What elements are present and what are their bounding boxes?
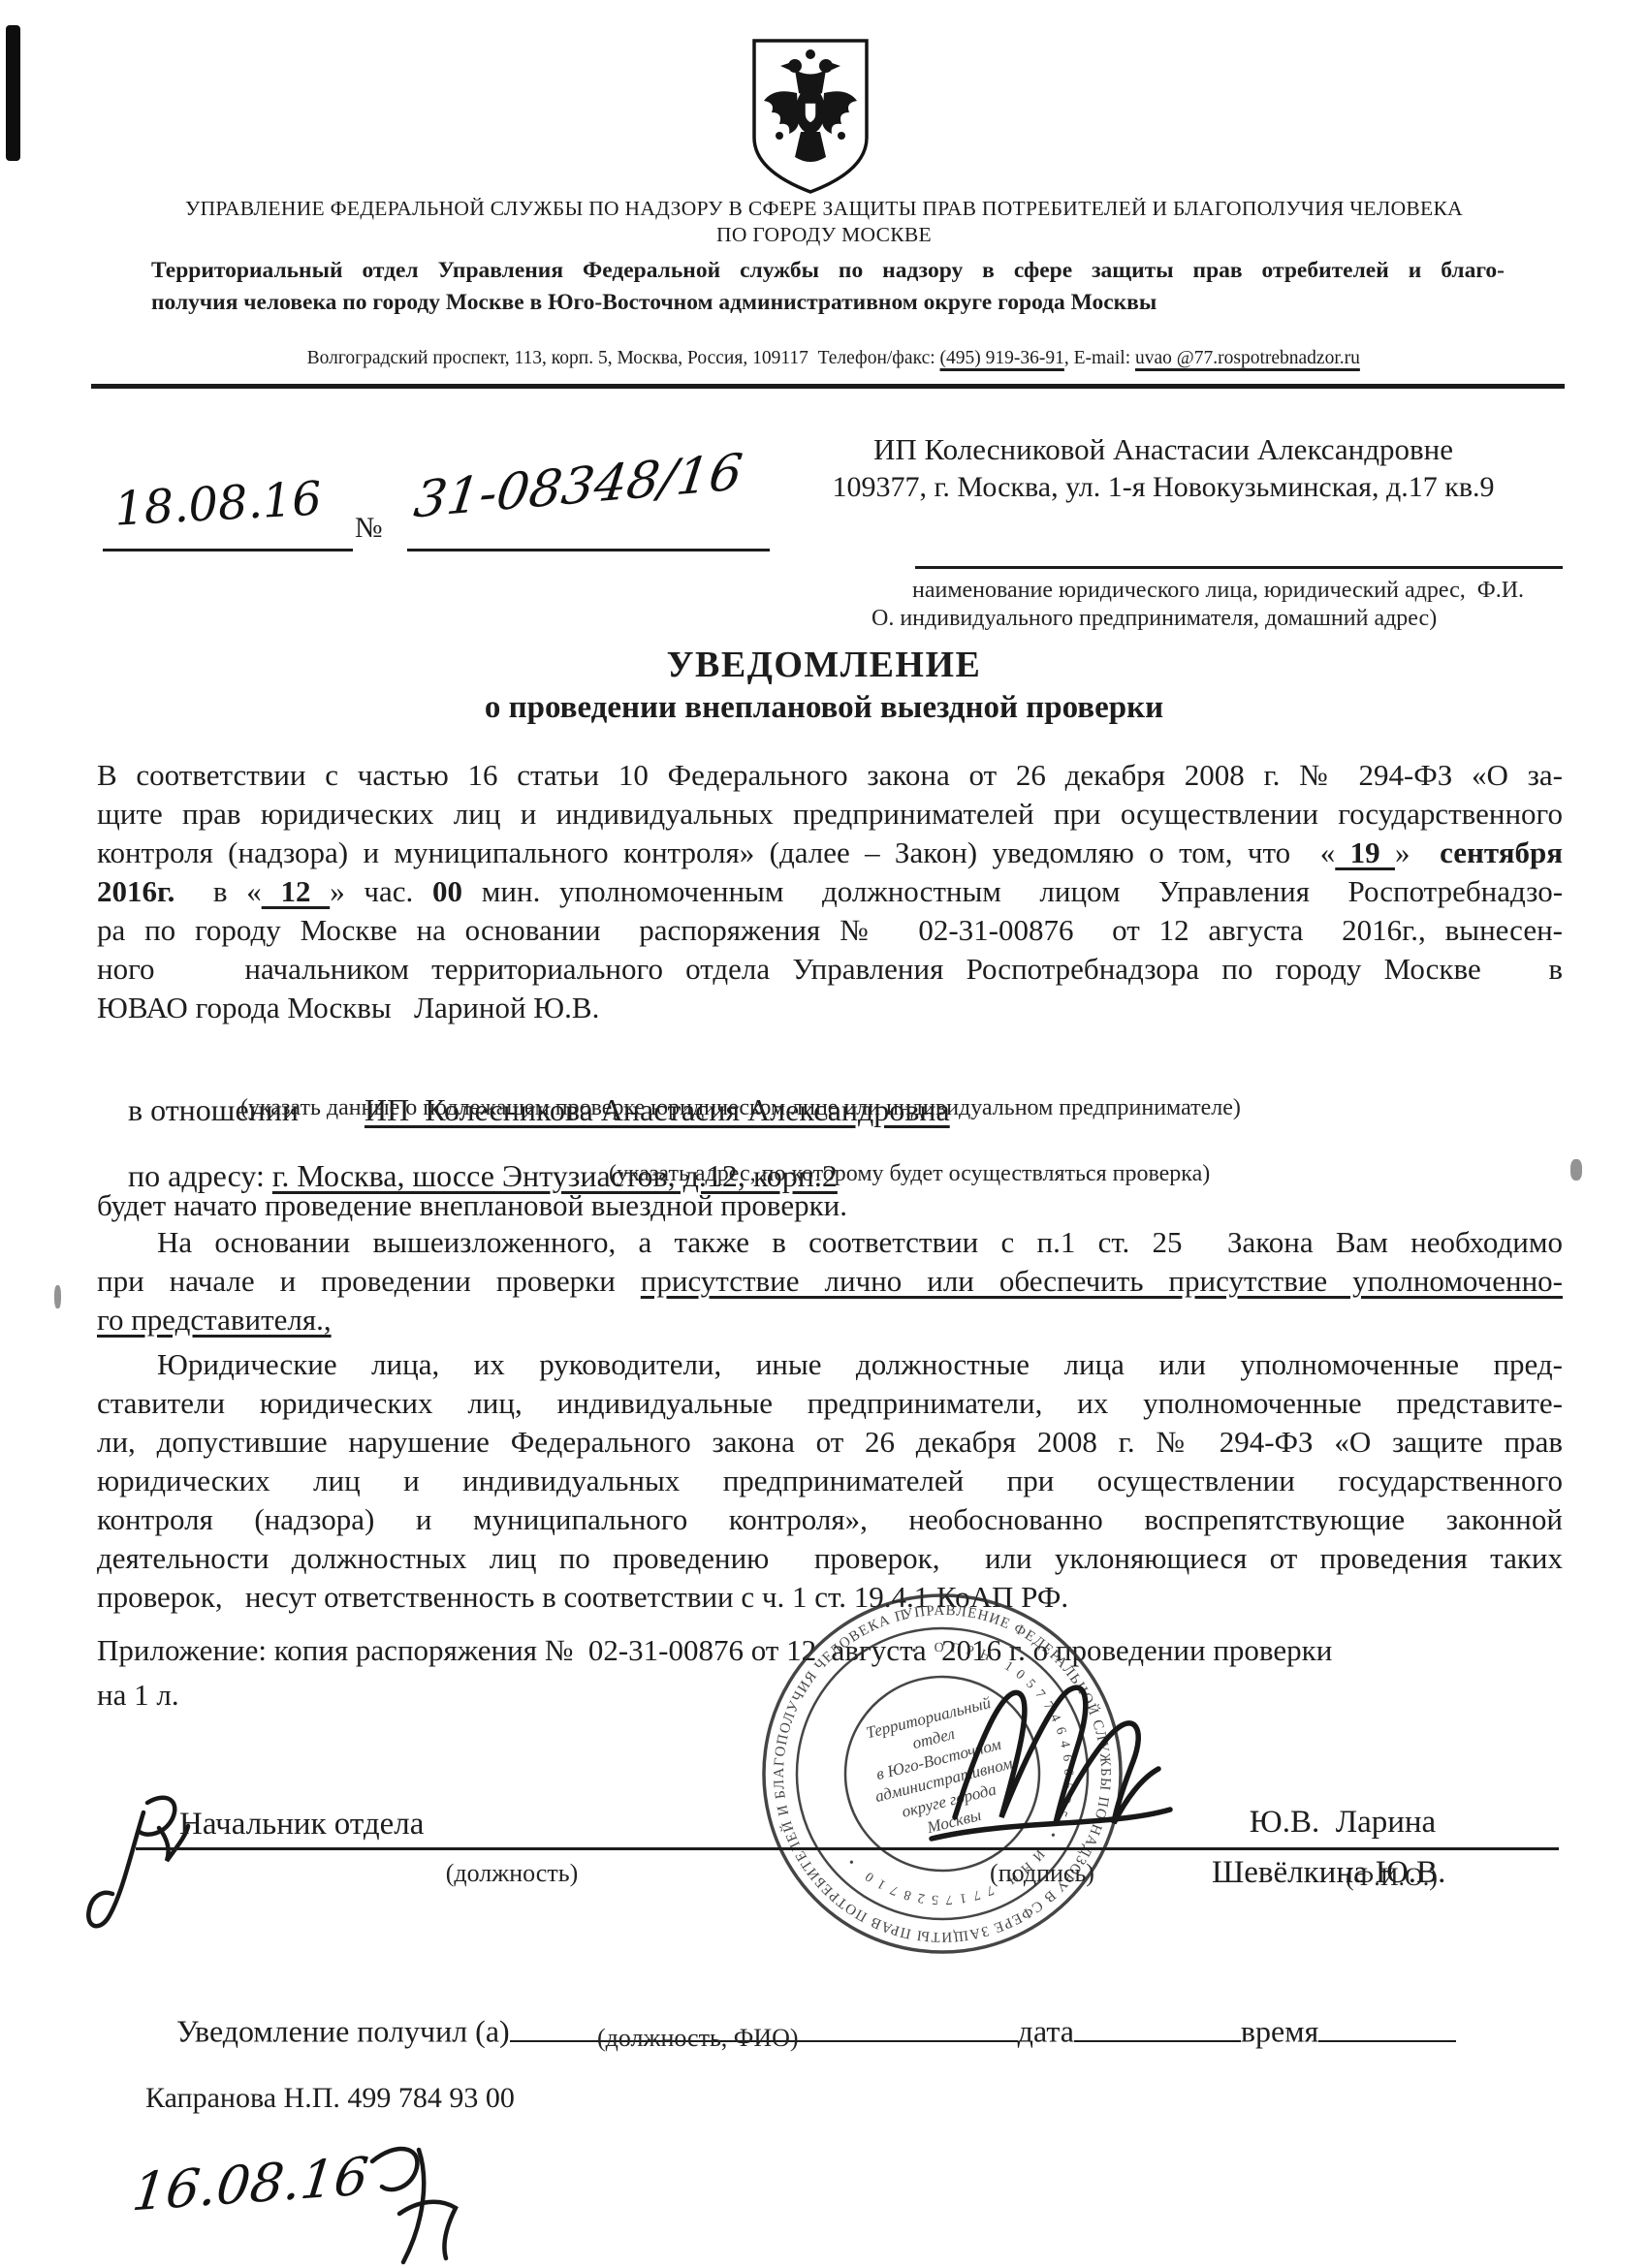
recipient-underline: [915, 566, 1563, 569]
scan-artifact: [54, 1285, 61, 1308]
signer-name: Ю.В. Ларина: [1197, 1805, 1488, 1841]
document-page: УПРАВЛЕНИЕ ФЕДЕРАЛЬНОЙ СЛУЖБЫ ПО НАДЗОРУ…: [0, 0, 1648, 2268]
recipient-name: ИП Колесниковой Анастасии Александровне: [766, 430, 1561, 468]
position-caption: (должность): [366, 1859, 657, 1888]
text-line: щите прав юридических лиц и индивидуальн…: [97, 795, 1563, 834]
signer-position: Начальник отдела: [179, 1807, 424, 1843]
receipt-row: Уведомление получил (а)датавремя: [145, 1973, 1456, 2086]
org-name-line1: УПРАВЛЕНИЕ ФЕДЕРАЛЬНОЙ СЛУЖБЫ ПО НАДЗОРУ…: [0, 196, 1648, 222]
org-name-line2: ПО ГОРОДУ МОСКВЕ: [0, 222, 1648, 248]
phone-number: (495) 919-36-91: [940, 348, 1064, 368]
text-line: при начале и проведении проверки присутс…: [97, 1262, 1563, 1301]
subject-caption: (указать данные о подлежащем проверке юр…: [240, 1095, 1241, 1121]
sign-caption: (подпись): [950, 1859, 1134, 1888]
text-line: контроля (надзора) и муниципального конт…: [97, 1500, 1563, 1539]
handwritten-date-bottom: 16.08.16: [129, 2146, 371, 2223]
reference-number-line: [407, 549, 770, 551]
paragraph-intro: В соответствии с частью 16 статьи 10 Фед…: [97, 756, 1563, 1027]
doc-title: УВЕДОМЛЕНИЕ: [0, 644, 1648, 686]
text-line: контроля (надзора) и муниципального конт…: [97, 834, 1563, 872]
org-name: УПРАВЛЕНИЕ ФЕДЕРАЛЬНОЙ СЛУЖБЫ ПО НАДЗОРУ…: [0, 196, 1648, 248]
signer-name-overlap-stamp: Шевёлкина Ю.В.: [1212, 1855, 1445, 1891]
flourish-scribble: [345, 2119, 491, 2268]
text-line: 2016г. в « 12 » час. 00 мин. уполномочен…: [97, 872, 1563, 911]
receipt-label: Уведомление получил (а): [176, 2014, 510, 2049]
receipt-time-blank: [1318, 2009, 1456, 2042]
signature-line: [136, 1847, 1559, 1850]
email-address: uvao @77.rospotrebnadzor.ru: [1135, 348, 1360, 368]
text-line: На основании вышеизложенного, а также в …: [97, 1223, 1563, 1262]
reference-number-handwritten: 31-08348/16: [411, 444, 745, 530]
text-line: юридических лиц и индивидуальных предпри…: [97, 1462, 1563, 1500]
dept-name: Территориальный отдел Управления Федерал…: [151, 255, 1505, 319]
text-line: Юридические лица, их руководители, иные …: [97, 1345, 1563, 1384]
scan-artifact: [6, 25, 20, 161]
letterhead-address: Волгоградский проспект, 113, корп. 5, Мо…: [307, 348, 940, 368]
recipient-block: ИП Колесниковой Анастасии Александровне …: [766, 430, 1561, 506]
letterhead-contact-line: Волгоградский проспект, 113, корп. 5, Мо…: [0, 327, 1648, 391]
text-line: ЮВАО города Москвы Лариной Ю.В.: [97, 989, 1563, 1027]
text-line: ра по городу Москве на основании распоря…: [97, 911, 1563, 950]
text-line: ного начальником территориального отдела…: [97, 950, 1563, 989]
reference-date-line: [103, 549, 353, 551]
text-line: деятельности должностных лиц по проведен…: [97, 1539, 1563, 1578]
receipt-time-label: время: [1241, 2014, 1318, 2049]
recipient-caption-line2: О. индивидуального предпринимателя, дома…: [872, 606, 1437, 632]
text-line: В соответствии с частью 16 статьи 10 Фед…: [97, 756, 1563, 795]
number-sign: №: [355, 512, 383, 545]
paragraph-liability: Юридические лица, их руководители, иные …: [97, 1345, 1563, 1617]
receipt-date-label: дата: [1018, 2014, 1074, 2049]
text-line: получия человека по городу Москве в Юго-…: [151, 287, 1505, 319]
address-caption: (указать адрес, по которому будет осущес…: [609, 1161, 1210, 1187]
coat-of-arms-icon: [746, 35, 874, 198]
text-line: Территориальный отдел Управления Федерал…: [151, 255, 1505, 287]
scan-artifact: [1570, 1159, 1582, 1181]
will-start-line: будет начато проведение внеплановой выез…: [97, 1188, 847, 1223]
reference-date-handwritten: 18.08.16: [113, 471, 323, 536]
signature-scribble: [926, 1653, 1178, 1875]
doc-subtitle: о проведении внеплановой выездной провер…: [0, 690, 1648, 726]
header-rule: [91, 384, 1565, 389]
paragraph-obligation: На основании вышеизложенного, а также в …: [97, 1223, 1563, 1339]
text-line: го представителя.,: [97, 1301, 1563, 1339]
text-line: ли, допустившие нарушение Федерального з…: [97, 1423, 1563, 1462]
recipient-address: 109377, г. Москва, ул. 1-я Новокузьминск…: [766, 468, 1561, 506]
text-line: ставители юридических лиц, индивидуальны…: [97, 1384, 1563, 1423]
contact-person: Капранова Н.П. 499 784 93 00: [145, 2082, 515, 2115]
receipt-caption: (должность, ФИО): [597, 2024, 799, 2053]
recipient-caption-line1: наименование юридического лица, юридичес…: [912, 578, 1524, 604]
receipt-date-blank: [1074, 2009, 1241, 2042]
